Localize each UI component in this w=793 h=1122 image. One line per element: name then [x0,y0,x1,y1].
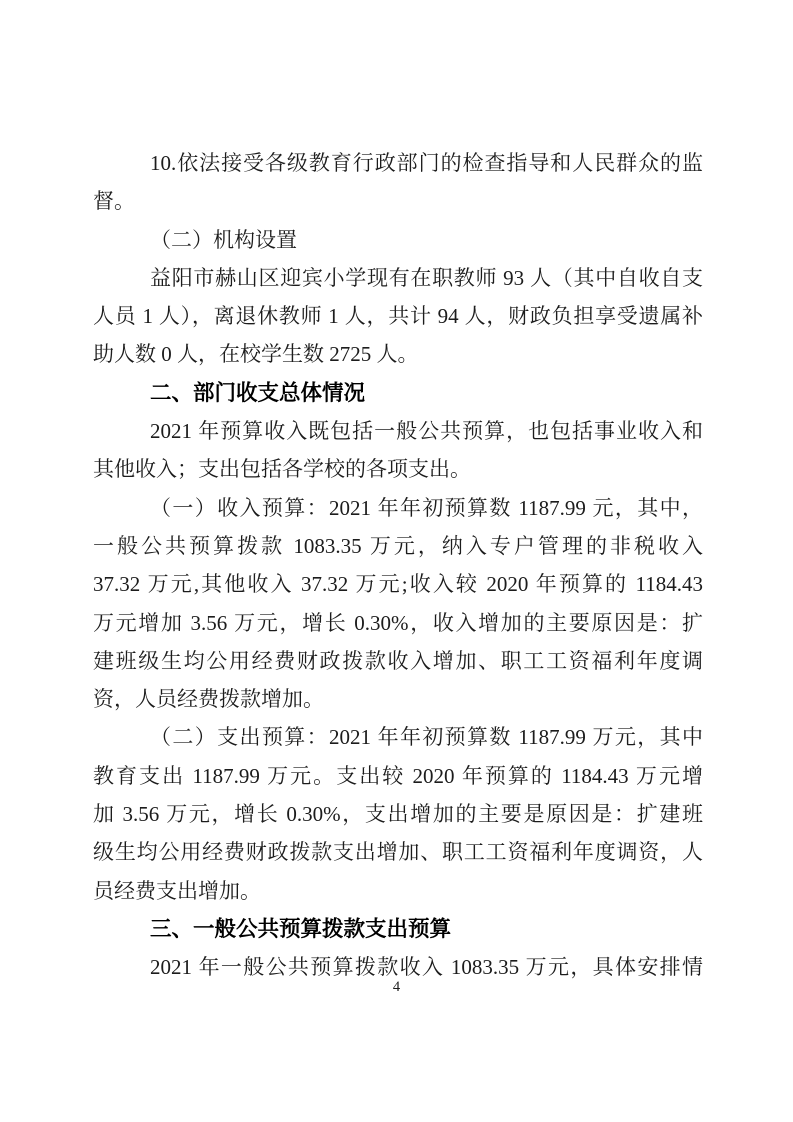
text-line: 建班级生均公用经费财政拨款收入增加、职工工资福利年度调 [93,642,703,680]
text-line: 一般公共预算拨款 1083.35 万元，纳入专户管理的非税收入 [93,527,703,565]
text-line: 加 3.56 万元，增长 0.30%，支出增加的主要是原因是：扩建班 [93,795,703,833]
paragraph-org-setup-label: （二）机构设置 [93,221,703,259]
text-line: 益阳市赫山区迎宾小学现有在职教师 93 人（其中自收自支 [93,259,703,297]
text-line: 资，人员经费拨款增加。 [93,680,703,718]
text-line: 10.依法接受各级教育行政部门的检查指导和人民群众的监 [93,144,703,182]
document-page: 10.依法接受各级教育行政部门的检查指导和人民群众的监 督。 （二）机构设置 益… [0,0,793,1122]
text-line: （二）机构设置 [93,221,703,259]
text-line: 督。 [93,182,703,220]
text-line: 2021 年预算收入既包括一般公共预算，也包括事业收入和 [93,412,703,450]
paragraph-income-budget: （一）收入预算：2021 年年初预算数 1187.99 元，其中， 一般公共预算… [93,489,703,719]
paragraph-staffing-figures: 益阳市赫山区迎宾小学现有在职教师 93 人（其中自收自支 人员 1 人），离退休… [93,259,703,374]
heading-text: 三、一般公共预算拨款支出预算 [93,910,703,948]
page-number: 4 [0,979,793,996]
text-line: 37.32 万元,其他收入 37.32 万元;收入较 2020 年预算的 118… [93,565,703,603]
text-line: 其他收入；支出包括各学校的各项支出。 [93,450,703,488]
text-line: 员经费支出增加。 [93,872,703,910]
heading-section-three-general-public-budget: 三、一般公共预算拨款支出预算 [93,910,703,948]
heading-section-two-revenue-expenditure-overview: 二、部门收支总体情况 [93,374,703,412]
text-line: （二）支出预算：2021 年年初预算数 1187.99 万元，其中 [93,718,703,756]
text-line: 人员 1 人），离退休教师 1 人，共计 94 人，财政负担享受遗属补 [93,297,703,335]
text-line: 级生均公用经费财政拨款支出增加、职工工资福利年度调资，人 [93,833,703,871]
text-line: 万元增加 3.56 万元，增长 0.30%，收入增加的主要原因是：扩 [93,604,703,642]
text-line: （一）收入预算：2021 年年初预算数 1187.99 元，其中， [93,489,703,527]
paragraph-supervision-item-10: 10.依法接受各级教育行政部门的检查指导和人民群众的监 督。 [93,144,703,221]
paragraph-expenditure-budget: （二）支出预算：2021 年年初预算数 1187.99 万元，其中 教育支出 1… [93,718,703,909]
text-line: 助人数 0 人，在校学生数 2725 人。 [93,335,703,373]
text-line: 教育支出 1187.99 万元。支出较 2020 年预算的 1184.43 万元… [93,757,703,795]
document-body: 10.依法接受各级教育行政部门的检查指导和人民群众的监 督。 （二）机构设置 益… [93,144,703,987]
paragraph-budget-scope: 2021 年预算收入既包括一般公共预算，也包括事业收入和 其他收入；支出包括各学… [93,412,703,489]
heading-text: 二、部门收支总体情况 [93,374,703,412]
